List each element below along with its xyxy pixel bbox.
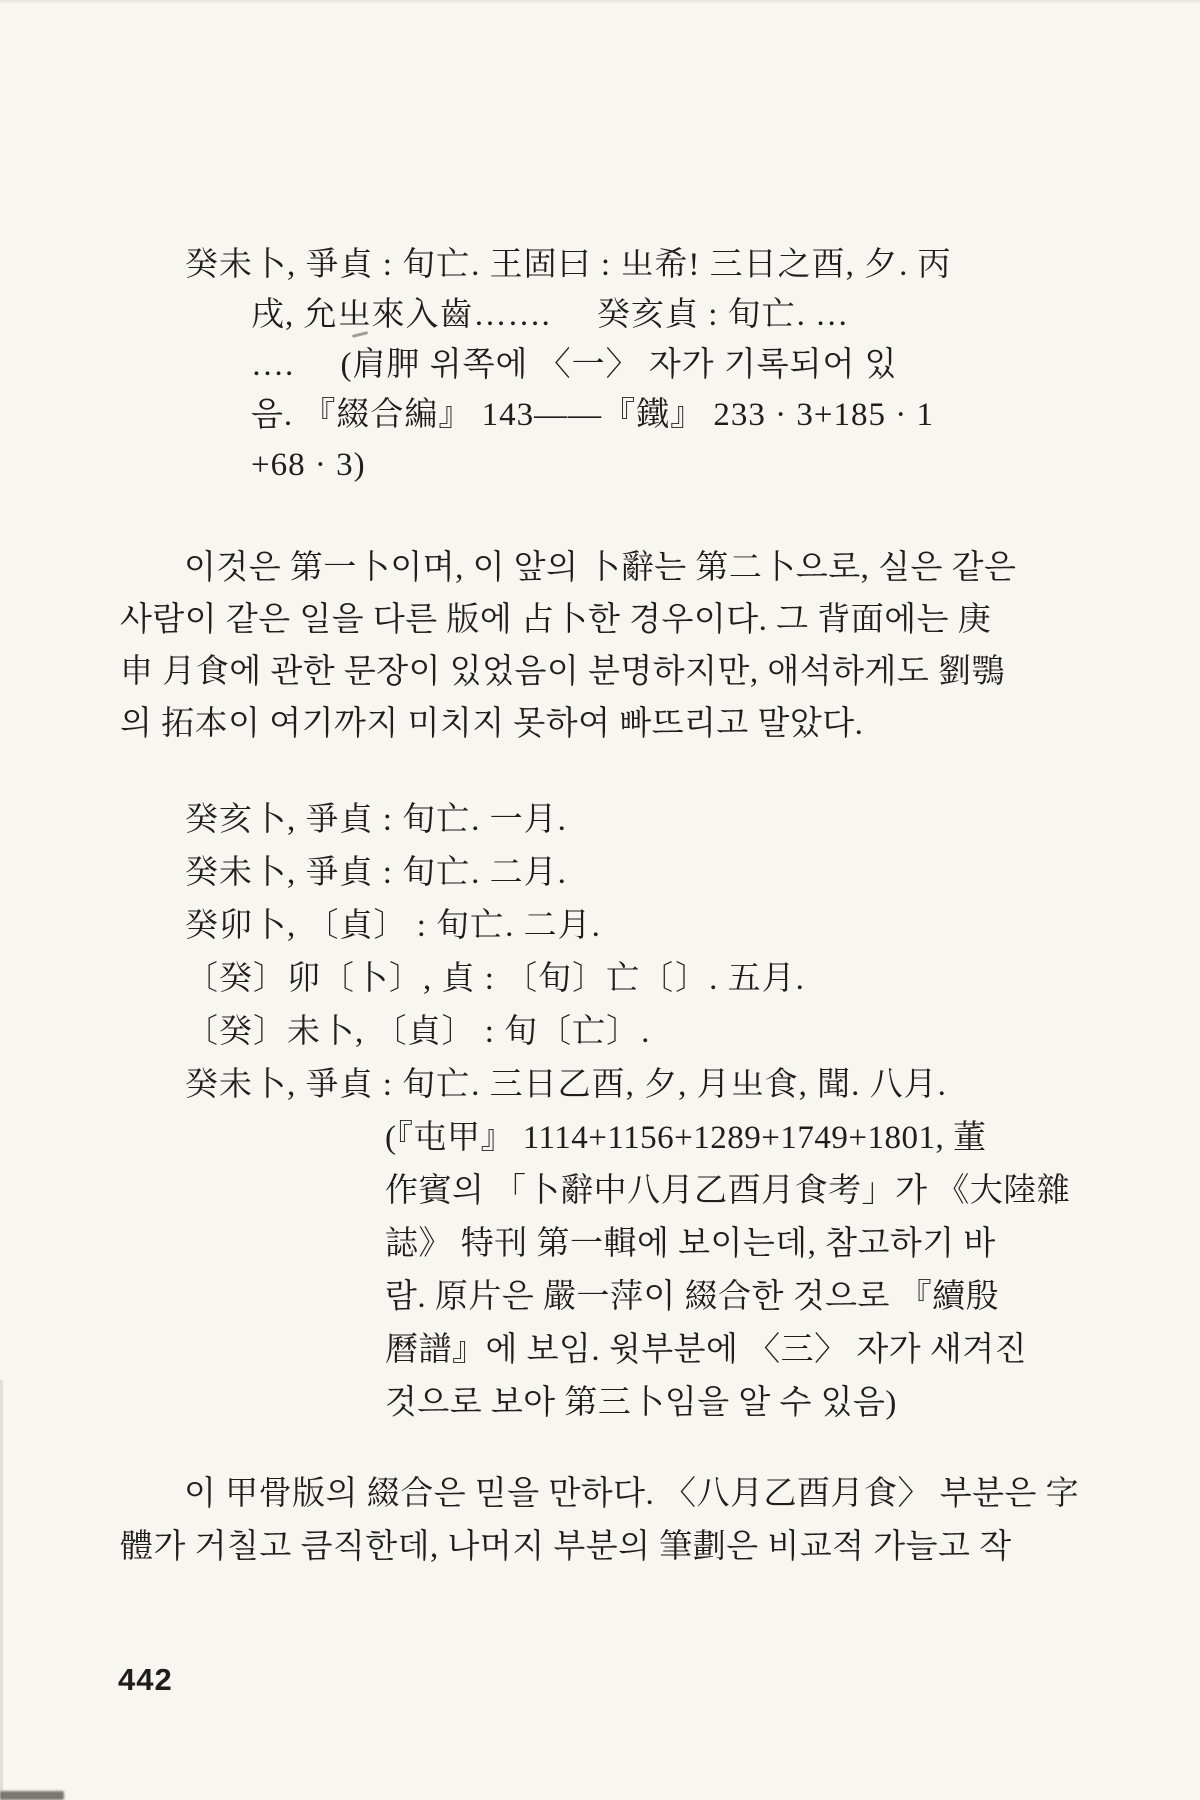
- quote1-line-5: +68 · 3): [251, 440, 952, 490]
- page-number: 442: [118, 1662, 173, 1698]
- oracle-quote-block-1: 癸未卜, 爭貞 : 旬亡𡆥. 王固曰 : 㞢希! 三日之酉, 夕𡴁. 丙 戌, …: [185, 240, 952, 490]
- para1-line-3: 申 月食에 관한 문장이 있었음이 분명하지만, 애석하게도 劉鶚: [120, 646, 1016, 698]
- oracle-line-2: 癸未卜, 爭貞 : 旬亡𡆥. 二月.: [185, 847, 947, 900]
- para2-line-1: 이 甲骨版의 綴合은 믿을 만하다. 〈八月乙酉月食〉 부분은 字: [120, 1468, 1079, 1521]
- para1-line-2: 사람이 같은 일을 다른 版에 占卜한 경우이다. 그 背面에는 庚: [120, 594, 1016, 646]
- quote1-line-4: 음. 『綴合編』 143——『鐵』 233 · 3+185 · 1: [251, 390, 952, 440]
- oracle-line-6: 癸未卜, 爭貞 : 旬亡𡆥. 三日乙酉, 夕, 月㞢食, 聞. 八月.: [185, 1059, 947, 1112]
- scan-edge-top: [0, 0, 1200, 4]
- quote1-line-3: …. (肩胛 위쪽에 〈一〉 자가 기록되어 있: [251, 340, 952, 390]
- note-line-1: (『屯甲』 1114+1156+1289+1749+1801, 董: [385, 1112, 1070, 1165]
- book-page: 癸未卜, 爭貞 : 旬亡𡆥. 王固曰 : 㞢希! 三日之酉, 夕𡴁. 丙 戌, …: [0, 0, 1200, 1800]
- note-line-3: 誌》 特刊 第一輯에 보이는데, 참고하기 바: [385, 1218, 1070, 1271]
- para2-line-2: 體가 거칠고 큼직한데, 나머지 부분의 筆劃은 비교적 가늘고 작: [120, 1521, 1079, 1574]
- scan-smudge-bottom-left: [0, 1791, 64, 1800]
- quote1-line-1: 癸未卜, 爭貞 : 旬亡𡆥. 王固曰 : 㞢希! 三日之酉, 夕𡴁. 丙: [185, 240, 952, 290]
- source-note-block: (『屯甲』 1114+1156+1289+1749+1801, 董 作賓의 「卜…: [385, 1112, 1070, 1430]
- para1-line-4: 의 拓本이 여기까지 미치지 못하여 빠뜨리고 말았다.: [120, 698, 1016, 750]
- oracle-line-4: 〔癸〕卯〔卜〕, 貞 : 〔旬〕亡〔𡆥〕. 五月.: [185, 953, 947, 1006]
- note-line-6: 것으로 보아 第三卜임을 알 수 있음): [385, 1377, 1070, 1430]
- quote1-line-2: 戌, 允㞢來入齒……. 癸亥貞 : 旬亡𡆥. …: [251, 290, 952, 340]
- oracle-line-5: 〔癸〕未卜, 〔貞〕 : 旬〔亡〕𡆥.: [185, 1006, 947, 1059]
- note-line-4: 람. 原片은 嚴一萍이 綴合한 것으로 『續殷: [385, 1271, 1070, 1324]
- scan-edge-left: [0, 1380, 3, 1800]
- oracle-line-3: 癸卯卜, 〔貞〕 : 旬亡𡆥. 二月.: [185, 900, 947, 953]
- oracle-line-1: 癸亥卜, 爭貞 : 旬亡𡆥. 一月.: [185, 794, 947, 847]
- note-line-2: 作賓의 「卜辭中八月乙酉月食考」가 《大陸雜: [385, 1165, 1070, 1218]
- body-paragraph-1: 이것은 第一卜이며, 이 앞의 卜辭는 第二卜으로, 실은 같은 사람이 같은 …: [120, 542, 1016, 750]
- para1-line-1: 이것은 第一卜이며, 이 앞의 卜辭는 第二卜으로, 실은 같은: [120, 542, 1016, 594]
- oracle-inscription-list: 癸亥卜, 爭貞 : 旬亡𡆥. 一月. 癸未卜, 爭貞 : 旬亡𡆥. 二月. 癸卯…: [185, 794, 947, 1112]
- note-line-5: 曆譜』에 보임. 윗부분에 〈三〉 자가 새겨진: [385, 1324, 1070, 1377]
- body-paragraph-2: 이 甲骨版의 綴合은 믿을 만하다. 〈八月乙酉月食〉 부분은 字 體가 거칠고…: [120, 1468, 1079, 1574]
